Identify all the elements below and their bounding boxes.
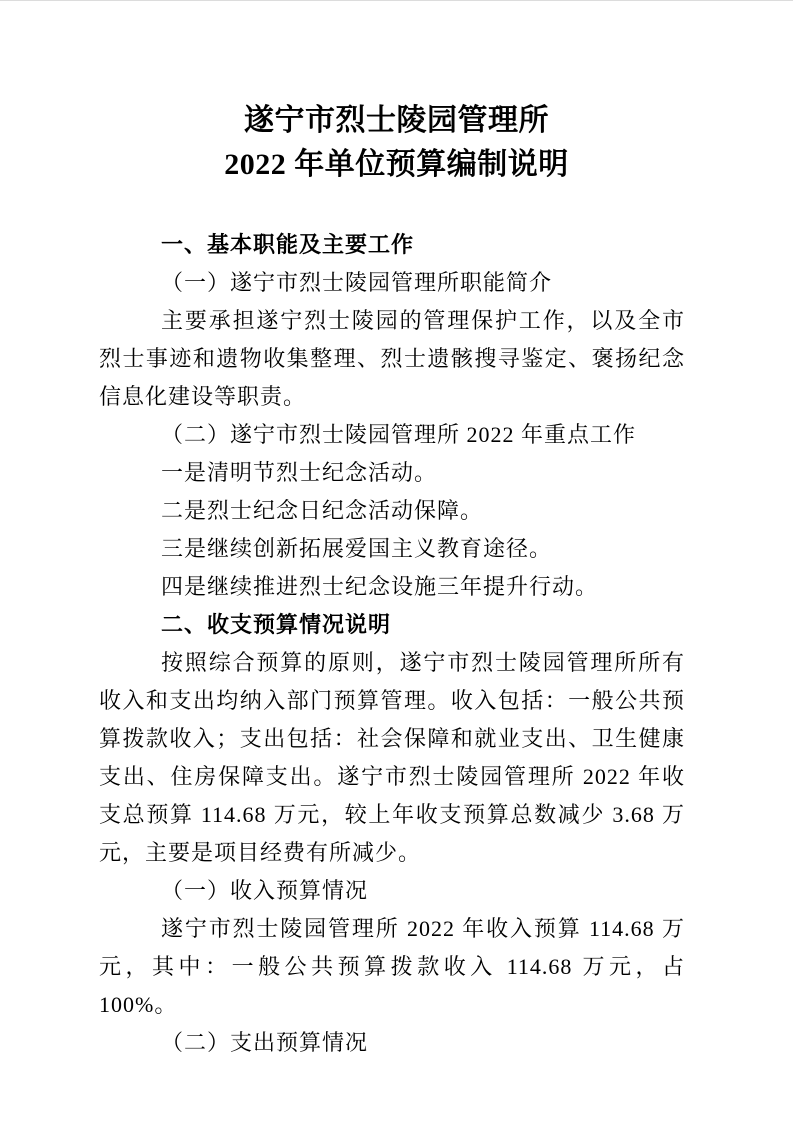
subsection-heading-functions-intro: （一）遂宁市烈士陵园管理所职能简介 [99, 264, 685, 302]
section-heading-budget-overview: 二、收支预算情况说明 [99, 606, 685, 644]
document-title-line-1: 遂宁市烈士陵园管理所 [0, 99, 793, 143]
document-title-line-2: 2022 年单位预算编制说明 [0, 143, 793, 187]
paragraph-key-work-2: 二是烈士纪念日纪念活动保障。 [99, 492, 685, 530]
paragraph-key-work-1: 一是清明节烈士纪念活动。 [99, 454, 685, 492]
paragraph-budget-overview: 按照综合预算的原则，遂宁市烈士陵园管理所所有收入和支出均纳入部门预算管理。收入包… [99, 644, 685, 872]
paragraph-key-work-3: 三是继续创新拓展爱国主义教育途径。 [99, 530, 685, 568]
document-title: 遂宁市烈士陵园管理所 2022 年单位预算编制说明 [0, 99, 793, 187]
section-heading-basic-functions: 一、基本职能及主要工作 [99, 226, 685, 264]
subsection-heading-income-budget: （一）收入预算情况 [99, 872, 685, 910]
subsection-heading-expenditure-budget: （二）支出预算情况 [99, 1024, 685, 1062]
document-body: 一、基本职能及主要工作 （一）遂宁市烈士陵园管理所职能简介 主要承担遂宁烈士陵园… [99, 226, 685, 1062]
paragraph-income-budget: 遂宁市烈士陵园管理所 2022 年收入预算 114.68 万元，其中：一般公共预… [99, 910, 685, 1024]
paragraph-functions-description: 主要承担遂宁烈士陵园的管理保护工作，以及全市烈士事迹和遗物收集整理、烈士遗骸搜寻… [99, 302, 685, 416]
paragraph-key-work-4: 四是继续推进烈士纪念设施三年提升行动。 [99, 568, 685, 606]
subsection-heading-2022-key-work: （二）遂宁市烈士陵园管理所 2022 年重点工作 [99, 416, 685, 454]
document-page: 遂宁市烈士陵园管理所 2022 年单位预算编制说明 一、基本职能及主要工作 （一… [0, 0, 793, 1122]
